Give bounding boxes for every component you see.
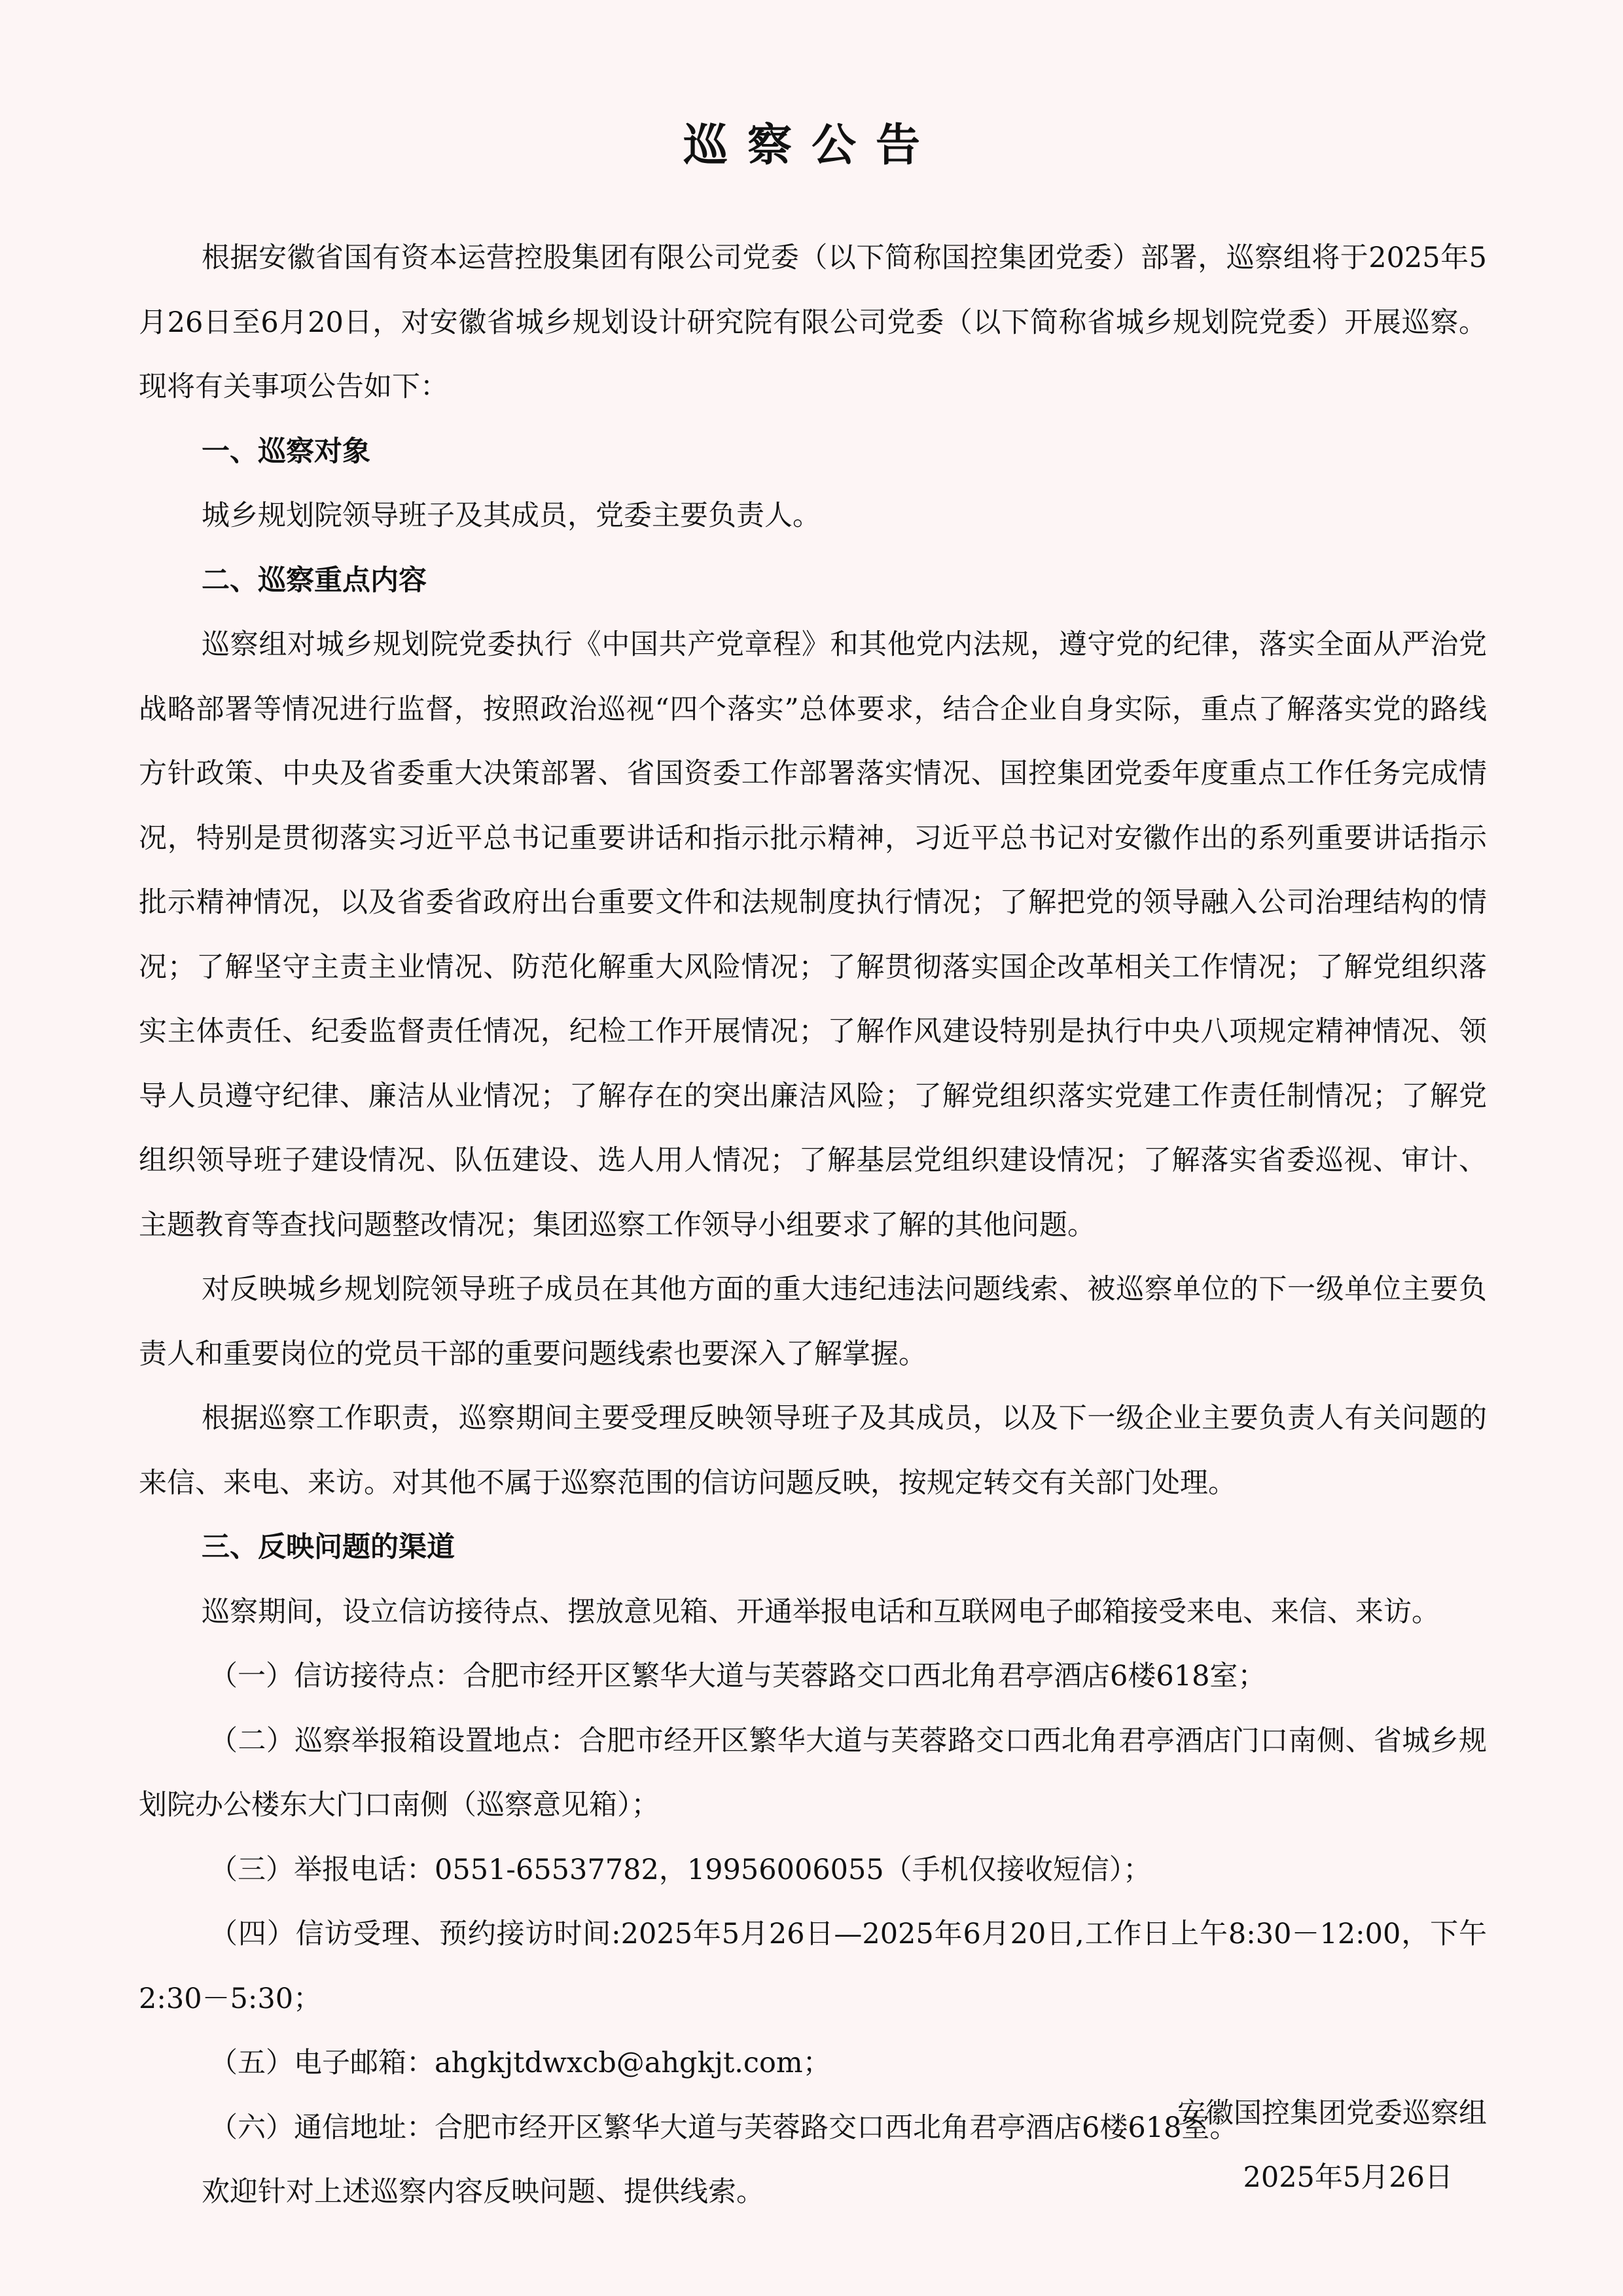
channel-item-phone: （三）举报电话：0551-65537782，19956006055（手机仅接收短… — [139, 1838, 1487, 1903]
signature-organization: 安徽国控集团党委巡察组 — [1177, 2081, 1487, 2145]
channel-item-hours: （四）信访受理、预约接访时间:2025年5月26日—2025年6月20日,工作日… — [139, 1902, 1487, 2031]
document-body: 根据安徽省国有资本运营控股集团有限公司党委（以下简称国控集团党委）部署，巡察组将… — [139, 226, 1487, 2225]
intro-paragraph: 根据安徽省国有资本运营控股集团有限公司党委（以下简称国控集团党委）部署，巡察组将… — [139, 226, 1487, 420]
document-page: 巡察公告 根据安徽省国有资本运营控股集团有限公司党委（以下简称国控集团党委）部署… — [0, 0, 1623, 2296]
signature-date: 2025年5月26日 — [1177, 2145, 1487, 2210]
channel-item-visit-point: （一）信访接待点：合肥市经开区繁华大道与芙蓉路交口西北角君亭酒店6楼618室； — [139, 1644, 1487, 1709]
document-title: 巡察公告 — [0, 110, 1623, 173]
signature-block: 安徽国控集团党委巡察组 2025年5月26日 — [1177, 2081, 1487, 2210]
section-3-paragraph: 巡察期间，设立信访接待点、摆放意见箱、开通举报电话和互联网电子邮箱接受来电、来信… — [139, 1580, 1487, 1645]
section-2-paragraph-2: 对反映城乡规划院领导班子成员在其他方面的重大违纪违法问题线索、被巡察单位的下一级… — [139, 1257, 1487, 1386]
channel-item-report-box: （二）巡察举报箱设置地点：合肥市经开区繁华大道与芙蓉路交口西北角君亭酒店门口南侧… — [139, 1709, 1487, 1838]
section-heading-1: 一、巡察对象 — [139, 420, 1487, 484]
section-1-paragraph: 城乡规划院领导班子及其成员，党委主要负责人。 — [139, 484, 1487, 548]
section-heading-3: 三、反映问题的渠道 — [139, 1515, 1487, 1580]
section-heading-2: 二、巡察重点内容 — [139, 548, 1487, 613]
section-2-paragraph-3: 根据巡察工作职责，巡察期间主要受理反映领导班子及其成员，以及下一级企业主要负责人… — [139, 1386, 1487, 1515]
section-2-paragraph-1: 巡察组对城乡规划院党委执行《中国共产党章程》和其他党内法规，遵守党的纪律，落实全… — [139, 613, 1487, 1257]
